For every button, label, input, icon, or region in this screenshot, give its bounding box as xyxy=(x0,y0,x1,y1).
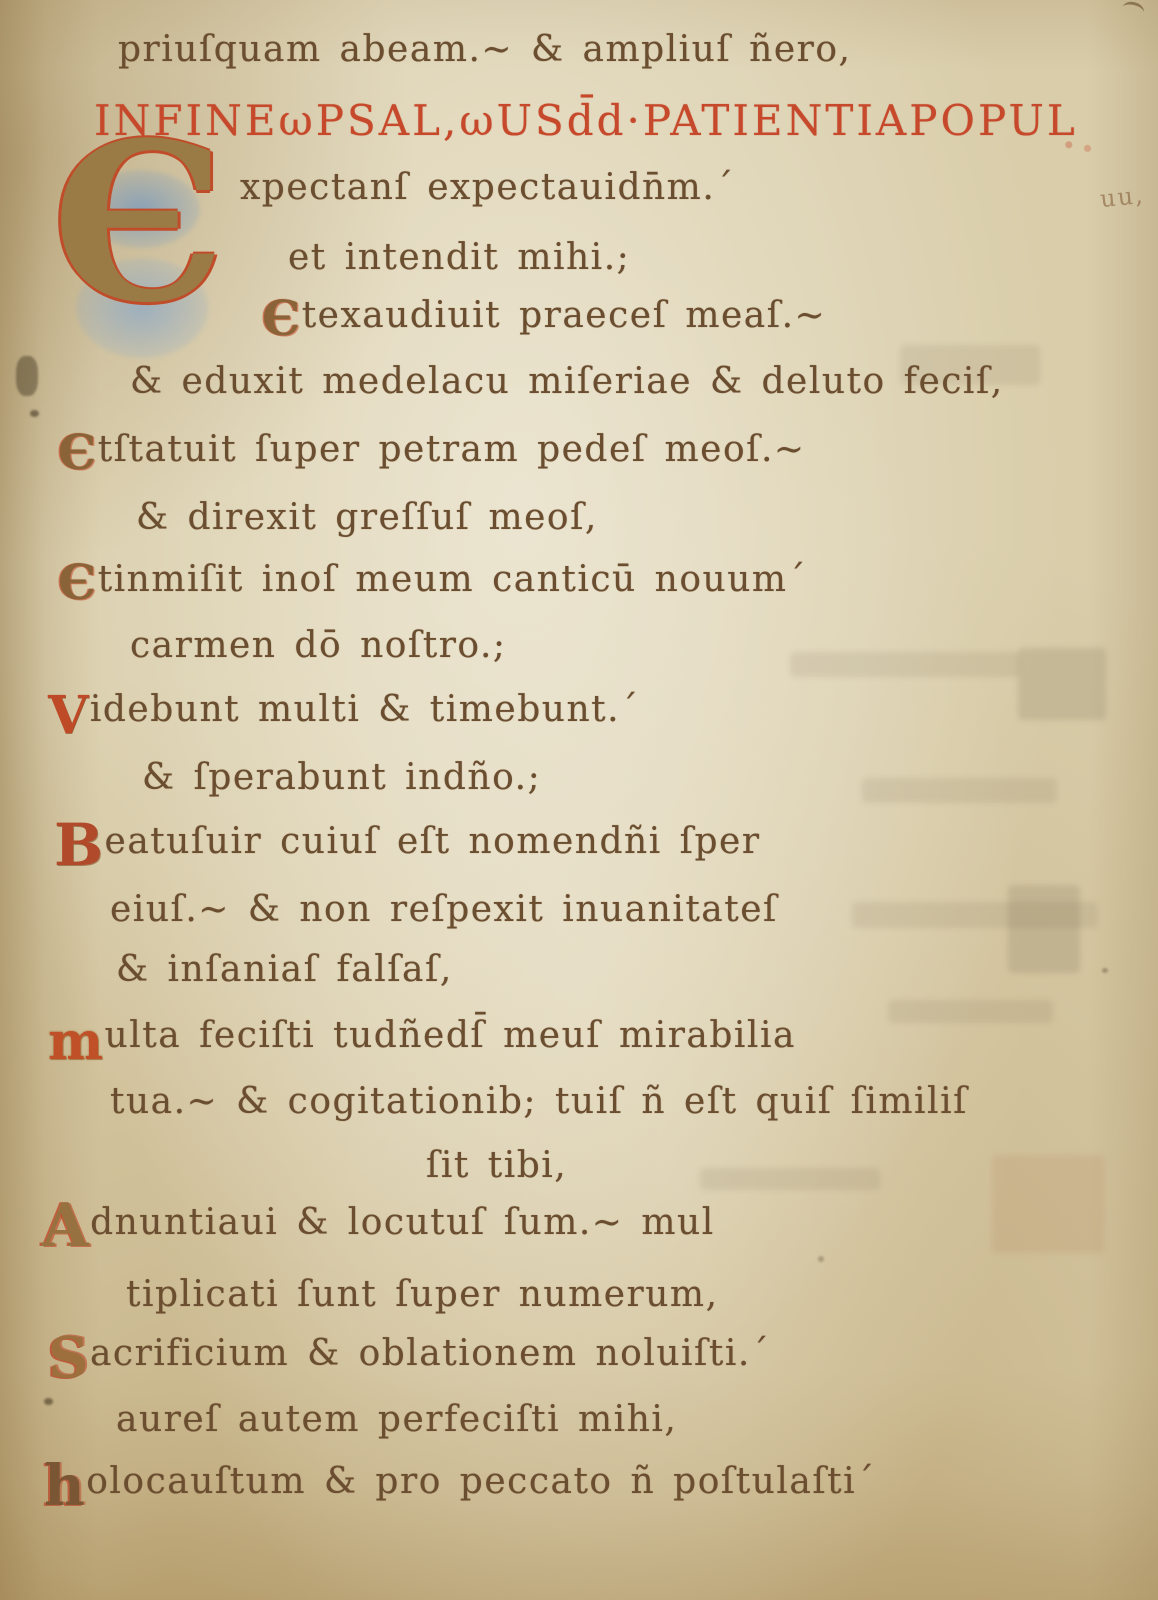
text-line: aureſ autem perfeciſti mihi, xyxy=(116,1400,677,1440)
line-text: tua.~ & cogitationib; tuiſ ñ eſt quiſ ſi… xyxy=(110,1081,968,1122)
text-line: tiplicati ſunt ſuper numerum, xyxy=(126,1275,719,1315)
show-through-ghost xyxy=(1018,648,1106,720)
show-through-ghost xyxy=(888,1000,1053,1023)
line-text: olocauſtum & pro peccato ñ poſtulaſti´ xyxy=(86,1461,875,1502)
text-line: multa feciſti tudñedſ̄ meuſ mirabilia xyxy=(48,1016,796,1063)
text-line: Єtexaudiuit praeceſ meaſ.~ xyxy=(262,296,826,338)
show-through-ghost xyxy=(700,1168,880,1190)
line-text: & direxit greſſuſ meoſ, xyxy=(136,497,598,538)
corner-pen-mark xyxy=(1120,0,1145,20)
marginal-note: uu, xyxy=(1099,181,1146,214)
text-line: Adnuntiaui & locutuſ ſum.~ mul xyxy=(42,1202,715,1250)
line-text: tinmiſit inoſ meum canticū nouum´ xyxy=(98,559,807,600)
text-line: carmen dō noſtro.; xyxy=(130,626,507,666)
text-line: tua.~ & cogitationib; tuiſ ñ eſt quiſ ſi… xyxy=(110,1082,968,1122)
show-through-ghost xyxy=(1008,885,1080,973)
show-through-ghost xyxy=(992,1155,1104,1253)
verse-initial: Є xyxy=(58,564,98,602)
text-line: ſit tibi, xyxy=(426,1146,567,1186)
text-line: et intendit mihi.; xyxy=(288,238,630,278)
text-line: eiuſ.~ & non reſpexit inuanitateſ xyxy=(110,890,778,930)
line-text: & eduxit medelacu miſeriae & deluto feci… xyxy=(130,361,1004,402)
line-text: eiuſ.~ & non reſpexit inuanitateſ xyxy=(110,889,778,930)
ink-speck xyxy=(818,1256,824,1262)
text-line: & direxit greſſuſ meoſ, xyxy=(136,498,598,538)
verse-initial: m xyxy=(48,1021,105,1063)
line-text: et intendit mihi.; xyxy=(288,237,630,278)
line-text: ulta feciſti tudñedſ̄ meuſ mirabilia xyxy=(105,1015,796,1056)
verse-initial: h xyxy=(44,1464,86,1509)
text-line: Beatuſuir cuiuſ eſt nomendñi ſper xyxy=(54,822,761,868)
text-line: Videbunt multi & timebunt.´ xyxy=(48,690,640,737)
ink-speck xyxy=(44,1398,53,1405)
verse-initial: Є xyxy=(262,300,302,338)
line-text: texaudiuit praeceſ meaſ.~ xyxy=(302,295,826,336)
rubric-heading: INFINEωPSAL,ωUSd̄d·PATIENTIAPOPUL xyxy=(94,96,1078,145)
line-text: tiplicati ſunt ſuper numerum, xyxy=(126,1274,719,1315)
line-text: dnuntiaui & locutuſ ſum.~ mul xyxy=(90,1202,715,1243)
line-text: xpectanſ expectauidn̄m.´ xyxy=(240,167,735,208)
ink-speck xyxy=(30,410,39,417)
ink-speck xyxy=(16,356,38,396)
show-through-ghost xyxy=(862,778,1057,803)
text-line: priuſquam abeam.~ & ampliuſ ñero, xyxy=(118,30,851,70)
line-text: ſit tibi, xyxy=(426,1145,567,1186)
line-text: carmen dō noſtro.; xyxy=(130,625,507,666)
show-through-ghost xyxy=(790,652,1020,677)
verse-initial: B xyxy=(54,822,105,868)
line-text: eatuſuir cuiuſ eſt nomendñi ſper xyxy=(105,821,761,862)
text-line: Єtſtatuit ſuper petram pedeſ meoſ.~ xyxy=(58,430,806,472)
text-line: & eduxit medelacu miſeriae & deluto feci… xyxy=(130,362,1004,402)
line-text: idebunt multi & timebunt.´ xyxy=(90,689,640,730)
manuscript-page: INFINEωPSAL,ωUSd̄d·PATIENTIAPOPUL Є uu, … xyxy=(0,0,1158,1600)
line-text: acrificium & oblationem noluiſti.´ xyxy=(90,1333,770,1374)
line-text: & inſaniaſ falſaſ, xyxy=(116,949,453,990)
line-text: aureſ autem perfeciſti mihi, xyxy=(116,1399,677,1440)
text-line: holocauſtum & pro peccato ñ poſtulaſti´ xyxy=(44,1462,876,1509)
text-line: & inſaniaſ falſaſ, xyxy=(116,950,453,990)
line-text: priuſquam abeam.~ & ampliuſ ñero, xyxy=(118,29,851,70)
illuminated-initial-E: Є xyxy=(52,148,252,353)
verse-initial: S xyxy=(48,1336,90,1381)
line-text: tſtatuit ſuper petram pedeſ meoſ.~ xyxy=(98,429,806,470)
text-line: xpectanſ expectauidn̄m.´ xyxy=(240,168,735,208)
initial-letter-glyph: Є xyxy=(52,114,225,332)
verse-initial: Є xyxy=(58,434,98,472)
text-line: & ſperabunt indño.; xyxy=(142,758,541,798)
verse-initial: A xyxy=(42,1202,90,1250)
text-line: Єtinmiſit inoſ meum canticū nouum´ xyxy=(58,560,807,602)
line-text: & ſperabunt indño.; xyxy=(142,757,541,798)
ink-speck xyxy=(1102,968,1108,973)
text-line: Sacrificium & oblationem noluiſti.´ xyxy=(48,1334,770,1381)
verse-initial: V xyxy=(48,695,90,737)
